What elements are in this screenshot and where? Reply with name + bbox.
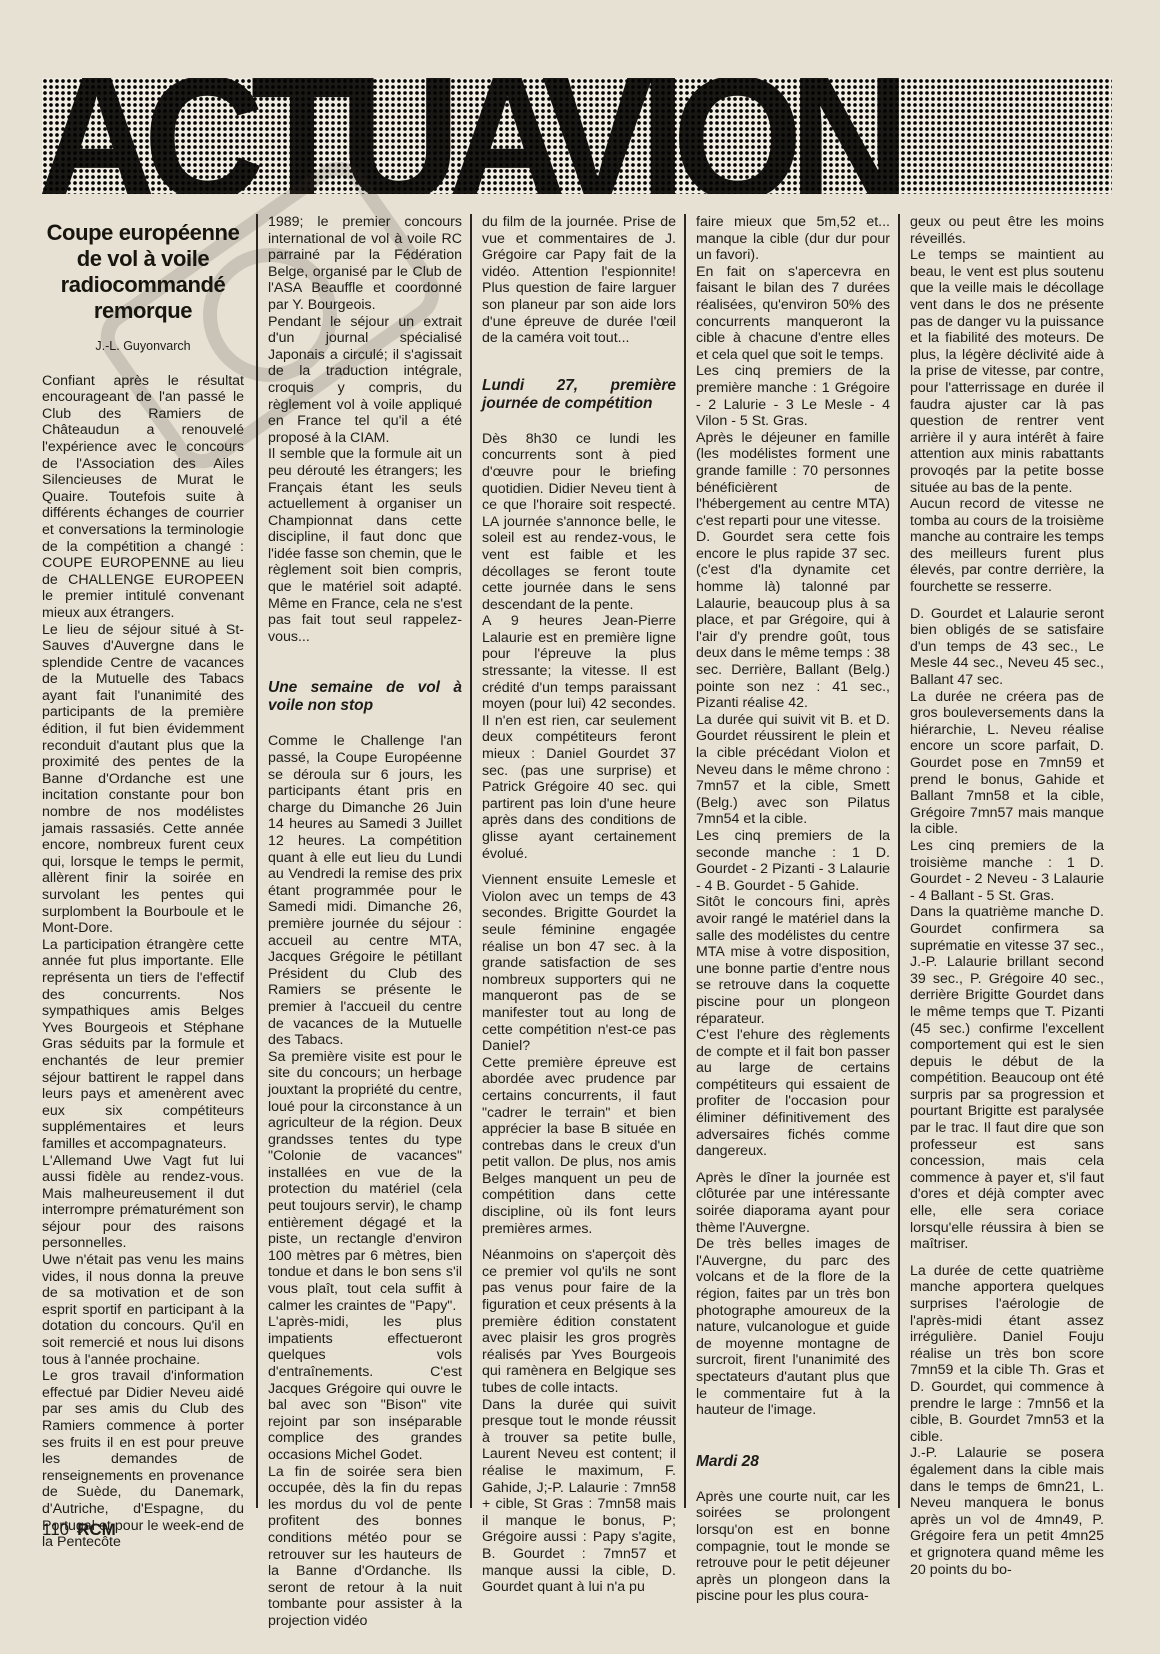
paragraph: Aucun record de vitesse ne tomba au cour…	[910, 496, 1104, 596]
paragraph: Néanmoins on s'aperçoit dès ce premier v…	[482, 1247, 676, 1396]
paragraph: C'est l'ehure des règlements de compte e…	[696, 1027, 890, 1160]
paragraph: 1989; le premier concours international …	[268, 214, 462, 314]
paragraph: En fait on s'apercevra en faisant le bil…	[696, 264, 890, 364]
paragraph: La fin de soirée sera bien occupée, dès …	[268, 1464, 462, 1630]
column-4: faire mieux que 5m,52 et... manque la ci…	[684, 214, 898, 1508]
paragraph: L'Allemand Uwe Vagt fut lui aussi fidèle…	[42, 1153, 244, 1253]
paragraph: Viennent ensuite Lemesle et Violon avec …	[482, 872, 676, 1055]
paragraph: Les cinq premiers de la première manche …	[696, 363, 890, 429]
column-5: geux ou peut être les moins réveillés.Le…	[898, 214, 1112, 1508]
column-1: Coupe européenne de vol à voile radiocom…	[42, 214, 256, 1508]
paragraph: Les cinq premiers de la troisième manche…	[910, 838, 1104, 904]
paragraph: Confiant après le résultat encourageant …	[42, 373, 244, 622]
paragraph: du film de la journée. Prise de vue et c…	[482, 214, 676, 347]
paragraph: Sitôt le concours fini, après avoir rang…	[696, 894, 890, 1027]
paragraph: Le lieu de séjour situé à St-Sauves d'Au…	[42, 622, 244, 937]
section-heading: Une semaine de vol à voile non stop	[268, 679, 462, 715]
paragraph: Après une courte nuit, car les soirées s…	[696, 1489, 890, 1605]
paragraph: Les cinq premiers de la seconde manche :…	[696, 828, 890, 894]
section-heading: Lundi 27, première journée de compétitio…	[482, 377, 676, 413]
paragraph: La durée ne créera pas de gros boulevers…	[910, 689, 1104, 838]
paragraph: L'après-midi, les plus impatients effect…	[268, 1314, 462, 1463]
article-title: Coupe européenne de vol à voile radiocom…	[42, 220, 244, 324]
paragraph: D. Gourdet sera cette fois encore le plu…	[696, 529, 890, 712]
paragraph: Uwe n'était pas venu les mains vides, il…	[42, 1252, 244, 1368]
paragraph: A 9 heures Jean-Pierre Lalaurie est en p…	[482, 613, 676, 862]
paragraph: Après le déjeuner en famille (les modéli…	[696, 430, 890, 530]
page-number: 110	[42, 1520, 69, 1539]
paragraph: Comme le Challenge l'an passé, la Coupe …	[268, 733, 462, 1048]
page-footer: 110RCM	[42, 1520, 116, 1540]
column-3: du film de la journée. Prise de vue et c…	[470, 214, 684, 1508]
paragraph: Cette première épreuve est abordée avec …	[482, 1055, 676, 1238]
article-byline: J.-L. Guyonvarch	[42, 338, 244, 355]
paragraph: Sa première visite est pour le site du c…	[268, 1049, 462, 1315]
magazine-name: RCM	[77, 1520, 116, 1539]
section-heading: Mardi 28	[696, 1453, 890, 1471]
paragraph: De très belles images de l'Auvergne, du …	[696, 1236, 890, 1419]
paragraph: La participation étrangère cette année f…	[42, 937, 244, 1153]
paragraph: Dans la quatrième manche D. Gourdet conf…	[910, 904, 1104, 1252]
paragraph: Il semble que la formule ait un peu déro…	[268, 446, 462, 645]
paragraph: La durée qui suivit vit B. et D. Gourdet…	[696, 712, 890, 828]
paragraph: faire mieux que 5m,52 et... manque la ci…	[696, 214, 890, 264]
paragraph: Dès 8h30 ce lundi les concurrents sont à…	[482, 431, 676, 614]
section-banner: ACTUAVION	[42, 78, 1112, 194]
paragraph: D. Gourdet et Lalaurie seront bien oblig…	[910, 606, 1104, 689]
article-body: Coupe européenne de vol à voile radiocom…	[42, 214, 1114, 1508]
column-2: 1989; le premier concours international …	[256, 214, 470, 1508]
paragraph: Le temps se maintient au beau, le vent e…	[910, 247, 1104, 496]
paragraph: Pendant le séjour un extrait d'un journa…	[268, 314, 462, 447]
section-title-actuavion: ACTUAVION	[42, 78, 1112, 194]
paragraph: Dans la durée qui suivit presque tout le…	[482, 1397, 676, 1596]
paragraph: J.-P. Lalaurie se posera également dans …	[910, 1445, 1104, 1578]
paragraph: Après le dîner la journée est clôturée p…	[696, 1170, 890, 1236]
paragraph: La durée de cette quatrième manche appor…	[910, 1263, 1104, 1446]
paragraph: geux ou peut être les moins réveillés.	[910, 214, 1104, 247]
